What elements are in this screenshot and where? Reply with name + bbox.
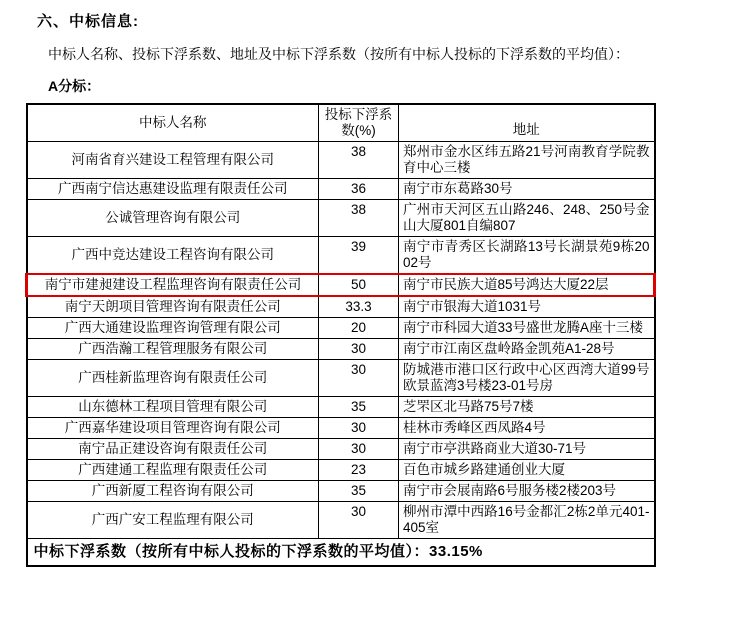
bidder-name: 公诚管理咨询有限公司	[27, 200, 319, 237]
bidder-address: 郑州市金水区纬五路21号河南教育学院教育中心三楼	[399, 142, 655, 179]
table-row: 广西中竞达建设工程咨询有限公司 39 南宁市青秀区长湖路13号长湖景苑9栋200…	[27, 237, 655, 275]
table-row: 广西广安工程监理有限公司 30 柳州市潭中西路16号金都汇2栋2单元401-40…	[27, 502, 655, 539]
bidder-name: 河南省育兴建设工程管理有限公司	[27, 142, 319, 179]
bidder-name: 广西广安工程监理有限公司	[27, 502, 319, 539]
bidder-address: 柳州市潭中西路16号金都汇2栋2单元401-405室	[399, 502, 655, 539]
header-bid-coefficient: 投标下浮系数(%)	[319, 104, 399, 142]
bid-coefficient: 30	[319, 418, 399, 439]
bid-coefficient: 35	[319, 481, 399, 502]
bid-coefficient: 35	[319, 397, 399, 418]
document-page: 六、中标信息: 中标人名称、投标下浮系数、地址及中标下浮系数（按所有中标人投标的…	[0, 0, 730, 567]
header-bidder-name: 中标人名称	[27, 104, 319, 142]
bidder-name: 南宁天朗项目管理咨询有限责任公司	[27, 296, 319, 318]
table-row: 南宁天朗项目管理咨询有限责任公司 33.3 南宁市银海大道1031号	[27, 296, 655, 318]
bidder-name: 广西南宁信达惠建设监理有限责任公司	[27, 179, 319, 200]
bidder-address: 南宁市民族大道85号鸿达大厦22层	[399, 274, 655, 296]
table-row: 广西桂新监理咨询有限责任公司 30 防城港市港口区行政中心区西湾大道99号欧景蓝…	[27, 360, 655, 397]
table-row: 广西浩瀚工程管理服务有限公司 30 南宁市江南区盘岭路金凯苑A1-28号	[27, 339, 655, 360]
bid-coefficient: 38	[319, 200, 399, 237]
bidder-name: 广西嘉华建设项目管理咨询有限公司	[27, 418, 319, 439]
bidder-address: 广州市天河区五山路246、248、250号金山大厦801自编807	[399, 200, 655, 237]
bid-coefficient: 30	[319, 339, 399, 360]
bidder-address: 芝罘区北马路75号7楼	[399, 397, 655, 418]
table-row: 广西建通工程监理有限责任公司 23 百色市城乡路建通创业大厦	[27, 460, 655, 481]
subsection-label: A分标：	[48, 76, 730, 96]
bidder-name: 山东德林工程项目管理有限公司	[27, 397, 319, 418]
bidder-address: 南宁市科园大道33号盛世龙腾A座十三楼	[399, 318, 655, 339]
bid-coefficient: 39	[319, 237, 399, 275]
bidder-address: 南宁市江南区盘岭路金凯苑A1-28号	[399, 339, 655, 360]
table-footer-row: 中标下浮系数（按所有中标人投标的下浮系数的平均值）：33.15%	[27, 539, 655, 567]
bid-coefficient: 30	[319, 439, 399, 460]
bid-coefficient: 36	[319, 179, 399, 200]
bidder-address: 南宁市东葛路30号	[399, 179, 655, 200]
bid-coefficient: 23	[319, 460, 399, 481]
table-row: 广西新厦工程咨询有限公司 35 南宁市会展南路6号服务楼2楼203号	[27, 481, 655, 502]
bid-coefficient: 20	[319, 318, 399, 339]
bid-coefficient: 50	[319, 274, 399, 296]
bidder-name: 广西桂新监理咨询有限责任公司	[27, 360, 319, 397]
bid-coefficient: 33.3	[319, 296, 399, 318]
bidder-address: 南宁市会展南路6号服务楼2楼203号	[399, 481, 655, 502]
bid-coefficient: 30	[319, 502, 399, 539]
table-row: 广西大通建设监理咨询管理有限公司 20 南宁市科园大道33号盛世龙腾A座十三楼	[27, 318, 655, 339]
bidder-address: 南宁市青秀区长湖路13号长湖景苑9栋2002号	[399, 237, 655, 275]
bidder-name: 广西中竞达建设工程咨询有限公司	[27, 237, 319, 275]
bid-coefficient: 38	[319, 142, 399, 179]
average-coefficient-label: 中标下浮系数（按所有中标人投标的下浮系数的平均值）：	[34, 543, 430, 560]
bidder-name: 南宁市建昶建设工程监理咨询有限责任公司	[27, 274, 319, 296]
bidder-address: 百色市城乡路建通创业大厦	[399, 460, 655, 481]
bidder-address: 防城港市港口区行政中心区西湾大道99号欧景蓝湾3号楼23-01号房	[399, 360, 655, 397]
table-row: 广西南宁信达惠建设监理有限责任公司 36 南宁市东葛路30号	[27, 179, 655, 200]
table-row: 广西嘉华建设项目管理咨询有限公司 30 桂林市秀峰区西凤路4号	[27, 418, 655, 439]
average-coefficient-summary: 中标下浮系数（按所有中标人投标的下浮系数的平均值）：33.15%	[27, 539, 655, 567]
intro-paragraph: 中标人名称、投标下浮系数、地址及中标下浮系数（按所有中标人投标的下浮系数的平均值…	[48, 45, 722, 63]
bidder-name: 广西建通工程监理有限责任公司	[27, 460, 319, 481]
bid-coefficient: 30	[319, 360, 399, 397]
bidder-name: 广西新厦工程咨询有限公司	[27, 481, 319, 502]
table-row: 河南省育兴建设工程管理有限公司 38 郑州市金水区纬五路21号河南教育学院教育中…	[27, 142, 655, 179]
bidder-address: 南宁市银海大道1031号	[399, 296, 655, 318]
bidder-name: 广西浩瀚工程管理服务有限公司	[27, 339, 319, 360]
table-row: 公诚管理咨询有限公司 38 广州市天河区五山路246、248、250号金山大厦8…	[27, 200, 655, 237]
table-row: 山东德林工程项目管理有限公司 35 芝罘区北马路75号7楼	[27, 397, 655, 418]
table-row: 南宁品正建设咨询有限责任公司 30 南宁市亭洪路商业大道30-71号	[27, 439, 655, 460]
winning-bidders-table: 中标人名称 投标下浮系数(%) 地址 河南省育兴建设工程管理有限公司 38 郑州…	[25, 103, 656, 567]
average-coefficient-value: 33.15%	[429, 543, 483, 560]
bidder-name: 广西大通建设监理咨询管理有限公司	[27, 318, 319, 339]
bidder-address: 桂林市秀峰区西凤路4号	[399, 418, 655, 439]
bidder-name: 南宁品正建设咨询有限责任公司	[27, 439, 319, 460]
table-row-highlighted-winner: 南宁市建昶建设工程监理咨询有限责任公司 50 南宁市民族大道85号鸿达大厦22层	[27, 274, 655, 296]
bidder-address: 南宁市亭洪路商业大道30-71号	[399, 439, 655, 460]
header-address: 地址	[399, 104, 655, 142]
table-header-row: 中标人名称 投标下浮系数(%) 地址	[27, 104, 655, 142]
section-title: 六、中标信息:	[37, 10, 730, 31]
